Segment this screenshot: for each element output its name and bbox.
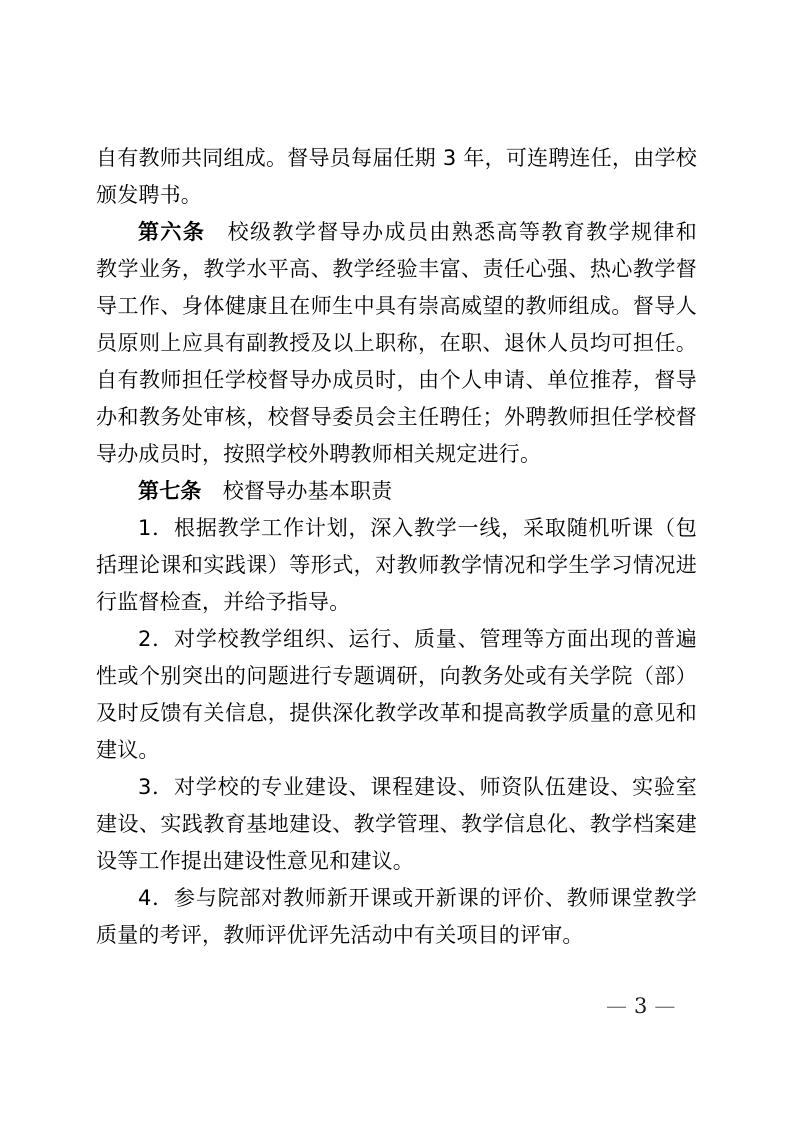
page-footer: —3—	[606, 992, 675, 1020]
text-segment: 设等工作提出建设性意见和建议。	[96, 849, 414, 873]
document-text-line: 第七条 校督导办基本职责	[96, 473, 697, 510]
document-text-line: 行监督检查，并给予指导。	[96, 584, 697, 621]
document-text-line: 性或个别突出的问题进行专题调研，向教务处或有关学院（部）	[96, 658, 697, 695]
document-text-line: 括理论课和实践课）等形式，对教师教学情况和学生学习情况进	[96, 547, 697, 584]
document-text-line: 员原则上应具有副教授及以上职称，在职、退休人员均可担任。	[96, 325, 697, 362]
document-text-line: 导工作、身体健康且在师生中具有崇高威望的教师组成。督导人	[96, 288, 697, 325]
document-text-line: 导办成员时，按照学校外聘教师相关规定进行。	[96, 436, 697, 473]
document-text-line: 颁发聘书。	[96, 177, 697, 214]
text-segment: 校督导办基本职责	[202, 479, 393, 503]
document-text-line: 3．对学校的专业建设、课程建设、师资队伍建设、实验室	[96, 769, 697, 806]
document-text-line: 办和教务处审核，校督导委员会主任聘任；外聘教师担任学校督	[96, 399, 697, 436]
document-text-line: 教学业务，教学水平高、教学经验丰富、责任心强、热心教学督	[96, 251, 697, 288]
page-number: 3	[634, 994, 647, 1018]
text-segment: 建设、实践教育基地建设、教学管理、教学信息化、教学档案建	[96, 812, 697, 836]
text-segment: 行监督检查，并给予指导。	[96, 590, 350, 614]
text-segment: 自有教师共同组成。督导员每届任期 3 年，可连聘连任，由学校	[96, 146, 697, 170]
text-segment: 2．对学校教学组织、运行、质量、管理等方面出现的普遍	[138, 627, 697, 651]
article-number-bold: 第七条	[138, 479, 202, 503]
em-dash-left: —	[606, 994, 627, 1018]
text-segment: 员原则上应具有副教授及以上职称，在职、退休人员均可担任。	[96, 331, 697, 355]
text-segment: 4．参与院部对教师新开课或开新课的评价、教师课堂教学	[138, 886, 697, 910]
document-text-line: 自有教师担任学校督导办成员时，由个人申请、单位推荐，督导	[96, 362, 697, 399]
text-segment: 教学业务，教学水平高、教学经验丰富、责任心强、热心教学督	[96, 257, 697, 281]
text-segment: 及时反馈有关信息，提供深化教学改革和提高教学质量的意见和	[96, 701, 697, 725]
document-page: 自有教师共同组成。督导员每届任期 3 年，可连聘连任，由学校颁发聘书。第六条 校…	[0, 0, 793, 1122]
document-text-line: 自有教师共同组成。督导员每届任期 3 年，可连聘连任，由学校	[96, 140, 697, 177]
em-dash-right: —	[654, 994, 675, 1018]
document-text-line: 建议。	[96, 732, 697, 769]
document-text-line: 2．对学校教学组织、运行、质量、管理等方面出现的普遍	[96, 621, 697, 658]
text-segment: 校级教学督导办成员由熟悉高等教育教学规律和	[205, 220, 697, 244]
text-segment: 自有教师担任学校督导办成员时，由个人申请、单位推荐，督导	[96, 368, 697, 392]
text-segment: 3．对学校的专业建设、课程建设、师资队伍建设、实验室	[138, 775, 697, 799]
text-segment: 质量的考评，教师评优评先活动中有关项目的评审。	[96, 923, 584, 947]
text-segment: 导工作、身体健康且在师生中具有崇高威望的教师组成。督导人	[96, 294, 697, 318]
article-number-bold: 第六条	[138, 220, 205, 244]
document-text-line: 建设、实践教育基地建设、教学管理、教学信息化、教学档案建	[96, 806, 697, 843]
text-segment: 建议。	[96, 738, 160, 762]
text-segment: 括理论课和实践课）等形式，对教师教学情况和学生学习情况进	[96, 553, 697, 577]
text-segment: 颁发聘书。	[96, 183, 202, 207]
text-segment: 办和教务处审核，校督导委员会主任聘任；外聘教师担任学校督	[96, 405, 697, 429]
text-segment: 性或个别突出的问题进行专题调研，向教务处或有关学院（部）	[96, 664, 697, 688]
text-segment: 导办成员时，按照学校外聘教师相关规定进行。	[96, 442, 541, 466]
document-text-line: 第六条 校级教学督导办成员由熟悉高等教育教学规律和	[96, 214, 697, 251]
document-text-line: 及时反馈有关信息，提供深化教学改革和提高教学质量的意见和	[96, 695, 697, 732]
document-text-line: 1．根据教学工作计划，深入教学一线，采取随机听课（包	[96, 510, 697, 547]
document-text-line: 质量的考评，教师评优评先活动中有关项目的评审。	[96, 917, 697, 954]
document-text-line: 4．参与院部对教师新开课或开新课的评价、教师课堂教学	[96, 880, 697, 917]
document-body: 自有教师共同组成。督导员每届任期 3 年，可连聘连任，由学校颁发聘书。第六条 校…	[96, 140, 697, 954]
document-text-line: 设等工作提出建设性意见和建议。	[96, 843, 697, 880]
text-segment: 1．根据教学工作计划，深入教学一线，采取随机听课（包	[138, 516, 697, 540]
